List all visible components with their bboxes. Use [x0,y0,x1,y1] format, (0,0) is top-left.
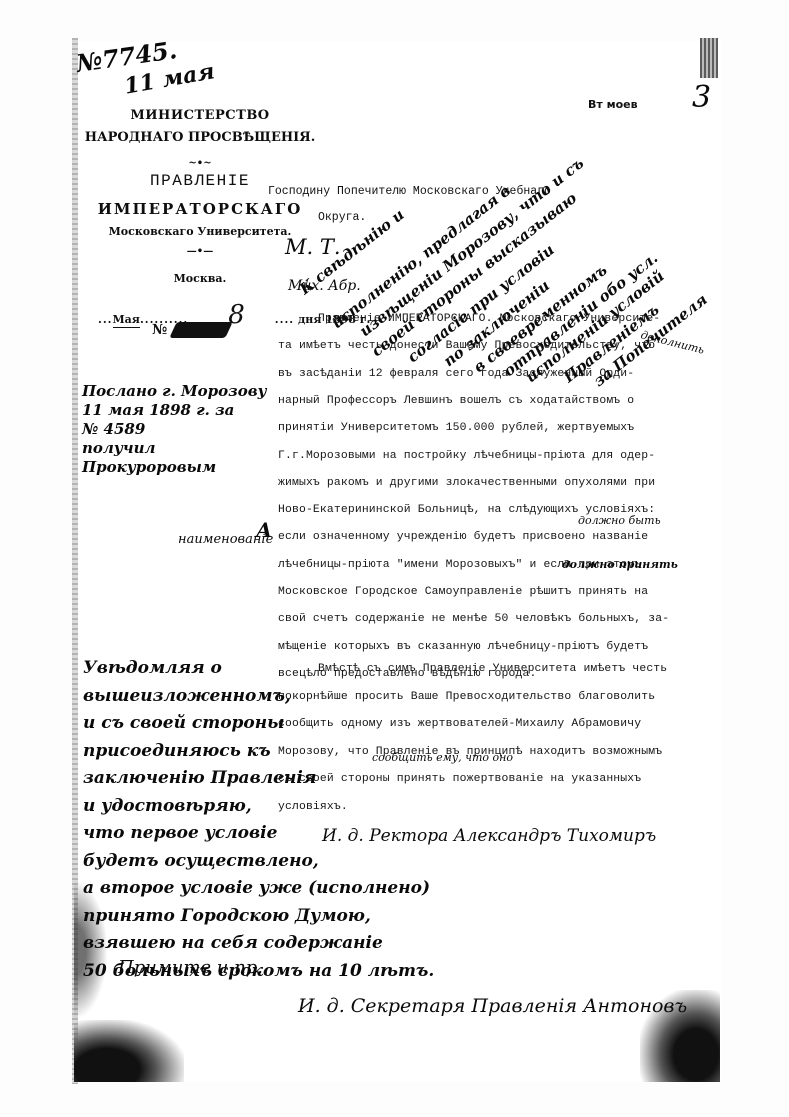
margin-note-trustee: Увѣдомляя о вышеизложенномъ, и съ своей … [83,655,434,985]
body-line: Г.г.Морозовыми на постройку лѣчебницы-пр… [278,450,655,462]
body-line: жимыхъ ракомъ и другими злокачественными… [278,477,655,489]
rector-note-text: И. д. Ректора Александръ Тихомиръ [322,826,656,846]
interlinear-dolzhno-byt: должно быть [578,514,661,527]
page-number: 3 [692,80,711,115]
interlinear-marker-a: А [256,518,272,542]
margin-note-dispatch: Послано г. Морозову 11 мая 1898 г. за № … [82,382,267,477]
scan-shadow-bottom-left [74,1020,184,1082]
number-scrawl [169,322,232,338]
letterhead-imperial: ИМПЕРАТОРСКАГО [70,200,330,218]
body-line: Правленіе ИМПЕРАТОРСКАГО. Московскаго Ун… [318,313,660,325]
body-line: мѣщеніе которыхъ въ сказанную лѣчебницу-… [278,641,648,653]
top-right-stamp: Вт моев [588,98,638,111]
body-line: нарный Профессоръ Левшинъ вошелъ съ хода… [278,395,634,407]
body-line: та имѣетъ честь донести Вашему Превосход… [278,340,655,352]
letterhead-ministry-2: НАРОДНАГО ПРОСВѢЩЕНІЯ. [70,130,330,145]
outgoing-number: № [152,322,229,338]
body-line: если означенному учрежденію будетъ присв… [278,531,648,543]
interlinear-obyazalos: должно принять [562,558,678,571]
closing-formula: Примите и пр. [118,957,263,978]
rector-note: И. д. Ректора Александръ Тихомиръ [322,826,656,846]
letterhead-divider: ~•~ [70,158,330,169]
body-line: принятіи Университетомъ 150.000 рублей, … [278,422,634,434]
body-line: свой счетъ содержаніе не менѣе 50 человѣ… [278,613,669,625]
date-month: Мая [113,313,140,328]
number-sign: № [152,322,167,338]
body-line: въ засѣданіи 12 февраля сего года Заслуж… [278,368,634,380]
addressee-line-2: Округа. [318,211,366,224]
scan-edge-top-right [700,38,718,78]
secretary-signature: И. д. Секретаря Правленія Антоновъ [298,995,687,1017]
body-line: Московское Городское Самоуправленіе рѣши… [278,586,648,598]
letterhead-ministry: МИНИСТЕРСТВО [70,108,330,123]
